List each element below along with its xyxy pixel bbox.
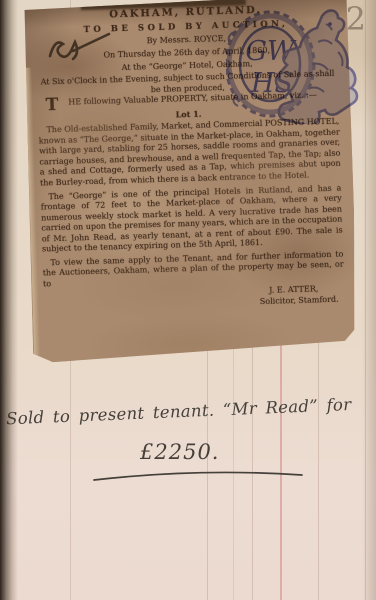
lion-icon [276, 10, 357, 124]
clipping-paragraph-1: The Old-established Family, Market, and … [38, 117, 341, 189]
handwritten-underline [90, 466, 308, 484]
page-edge-shadow [362, 0, 376, 600]
ink-scribble-mark [40, 20, 118, 70]
clipping-paragraph-3: To view the same apply to the Tenant, an… [42, 249, 344, 290]
book-gutter-shadow [0, 0, 18, 600]
handwritten-note-line2: £2250. [140, 440, 219, 464]
gwhs-crest-stamp: GW HS [226, 2, 368, 124]
clipping-paragraph-2: The “George” is one of the principal Hot… [40, 183, 343, 255]
drop-cap: T [38, 98, 61, 113]
handwritten-note-line1: Sold to present tenant. “Mr Read” for [6, 395, 356, 429]
scrapbook-page: OAKHAM, RUTLAND. TO BE SOLD BY AUCTION, … [0, 0, 376, 600]
